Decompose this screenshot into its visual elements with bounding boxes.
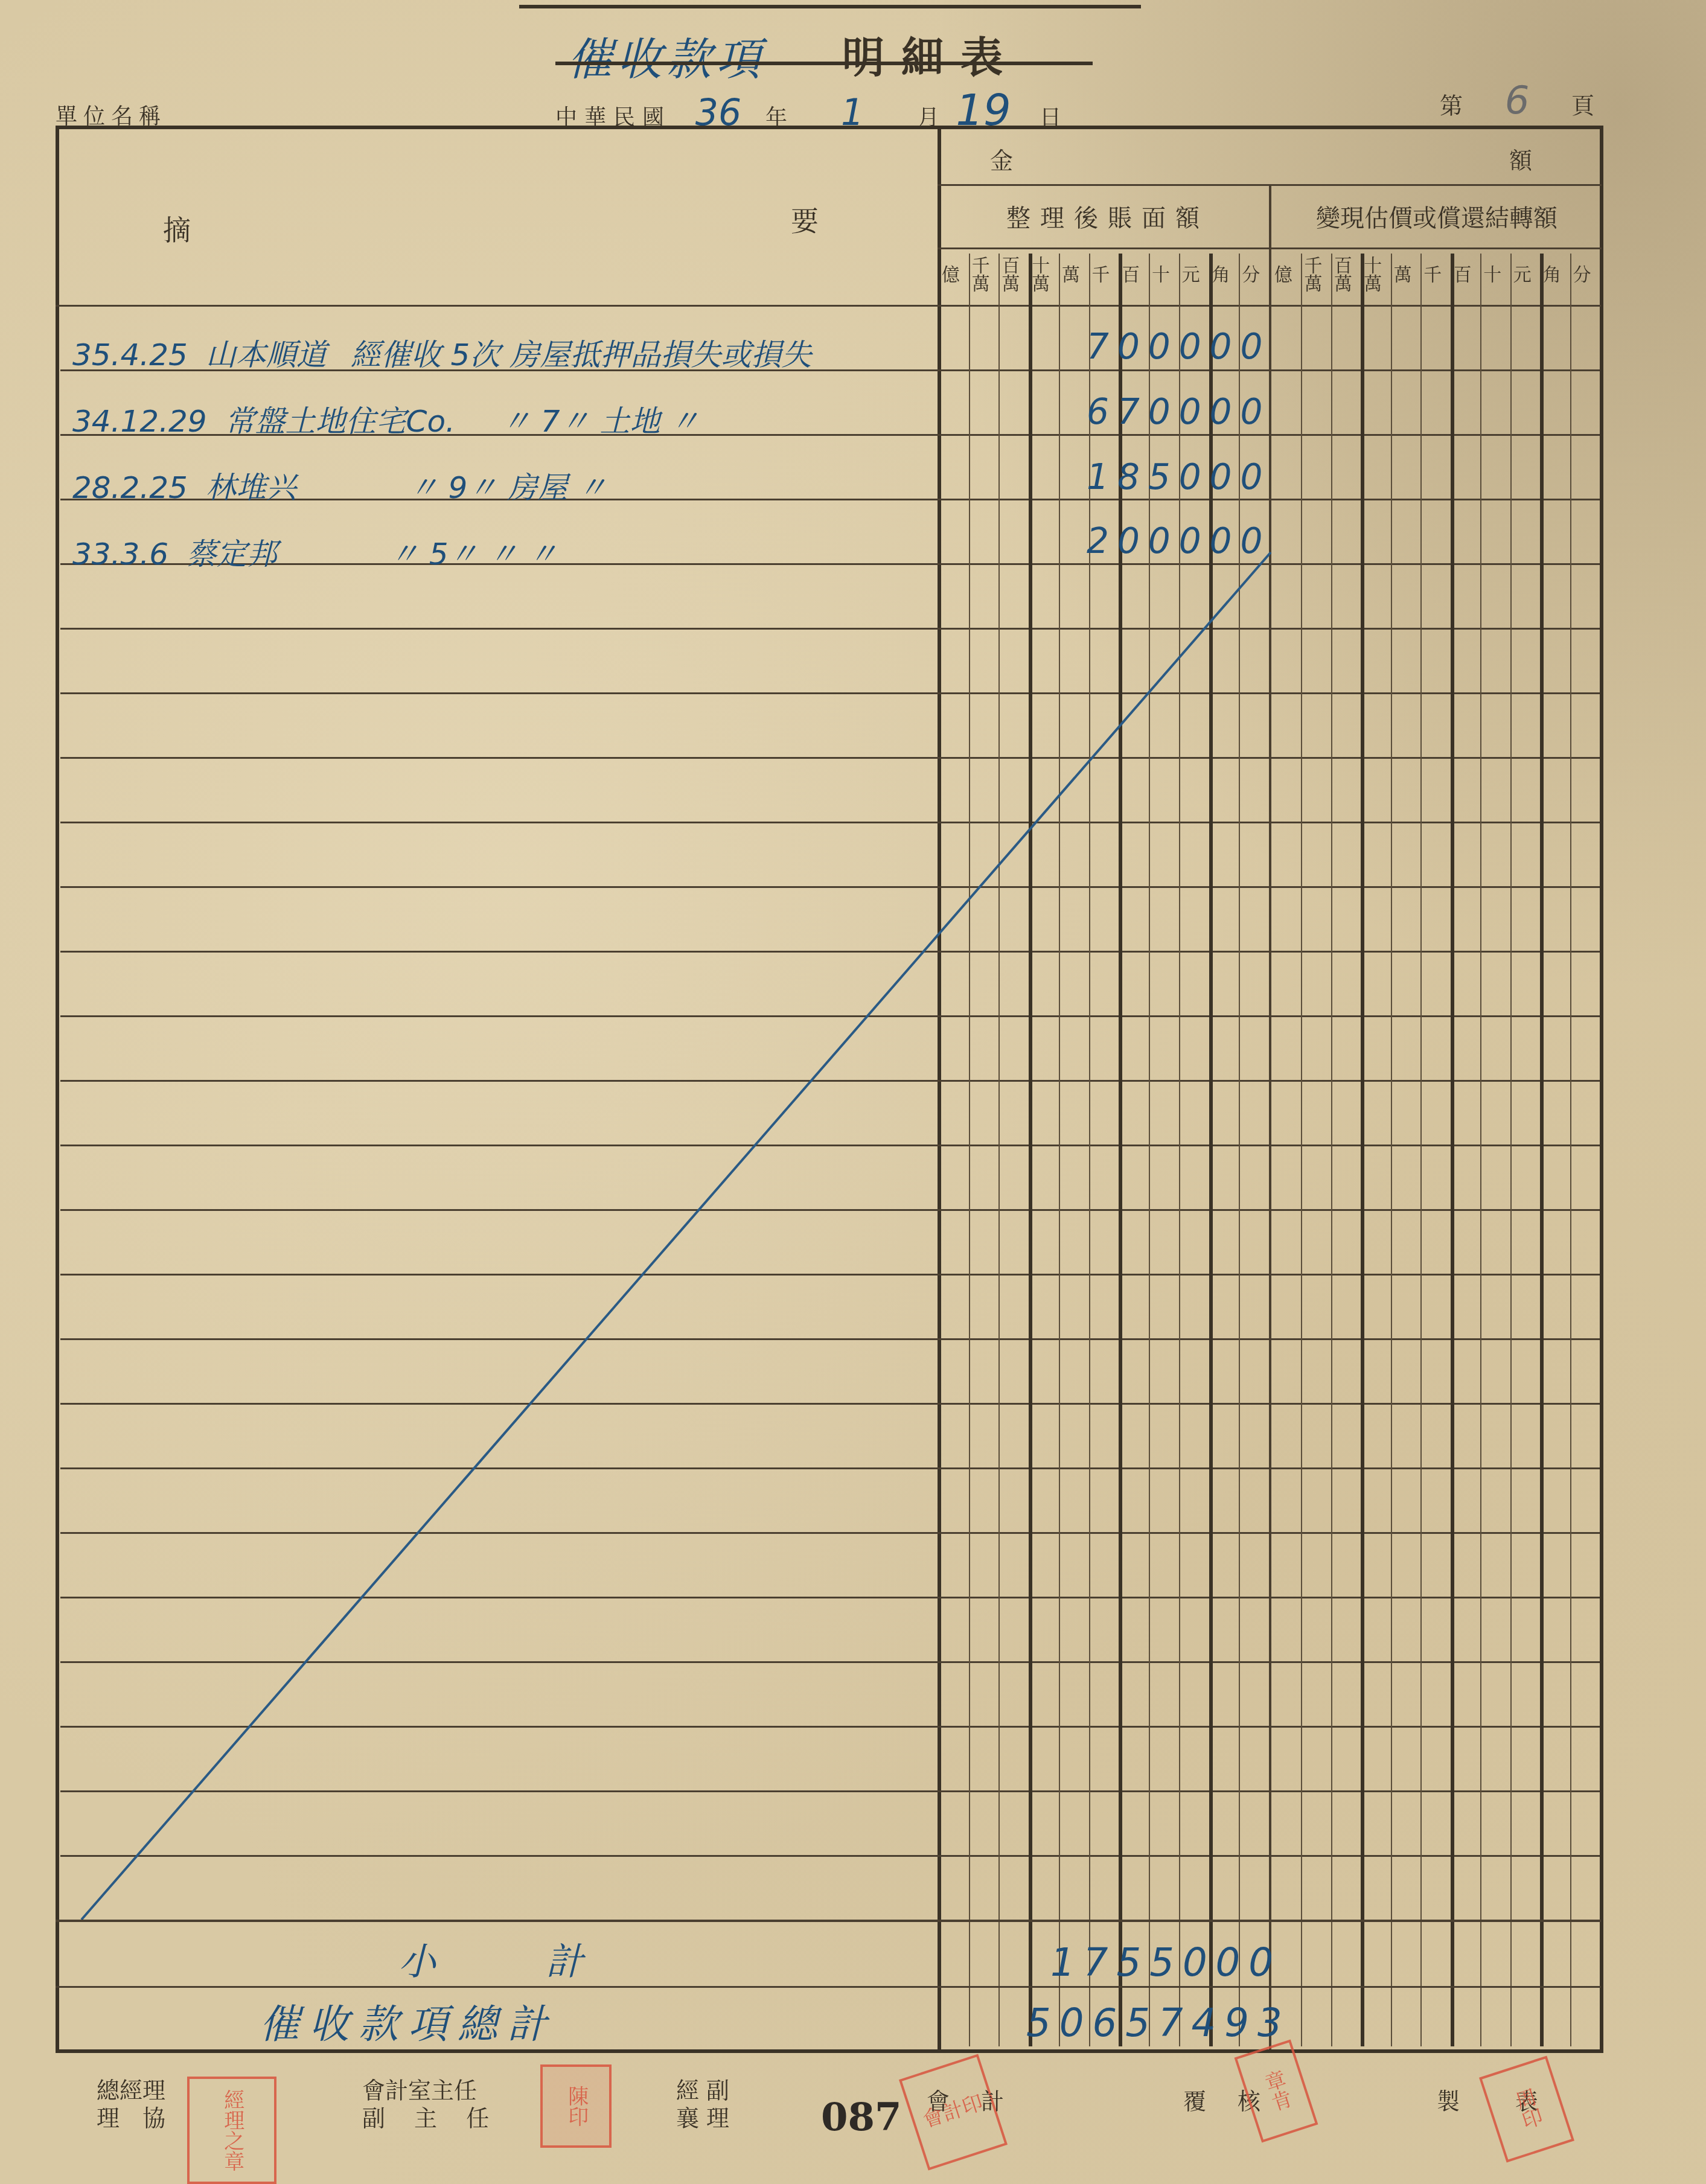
grand-total-amount: 50657493 [1026, 2001, 1268, 2046]
subtotal-label: 小 計 [398, 1932, 619, 1985]
signatory-accountant: 會 計 [927, 2083, 1016, 2116]
serial-number: 087 [821, 2095, 902, 2140]
signatory-general-manager: 總經理 理 協 [97, 2077, 165, 2132]
signatory-accounting-chief: 會計室主任 副 主 任 [362, 2077, 500, 2132]
subtotal-top-rule [56, 1920, 1601, 1922]
grand-total-label: 催收款項總計 [260, 1992, 557, 2049]
stamp-general-manager: 經理之章 [187, 2077, 276, 2184]
stamp-accounting-chief: 陳印 [540, 2064, 612, 2148]
diagonal-cancel-line [0, 0, 1706, 2184]
signatory-deputy-manager: 經 副 襄 理 [676, 2077, 729, 2132]
subtotal-amount: 1755000 [1050, 1941, 1268, 1985]
subtotal-bottom-rule [56, 1986, 1601, 1988]
